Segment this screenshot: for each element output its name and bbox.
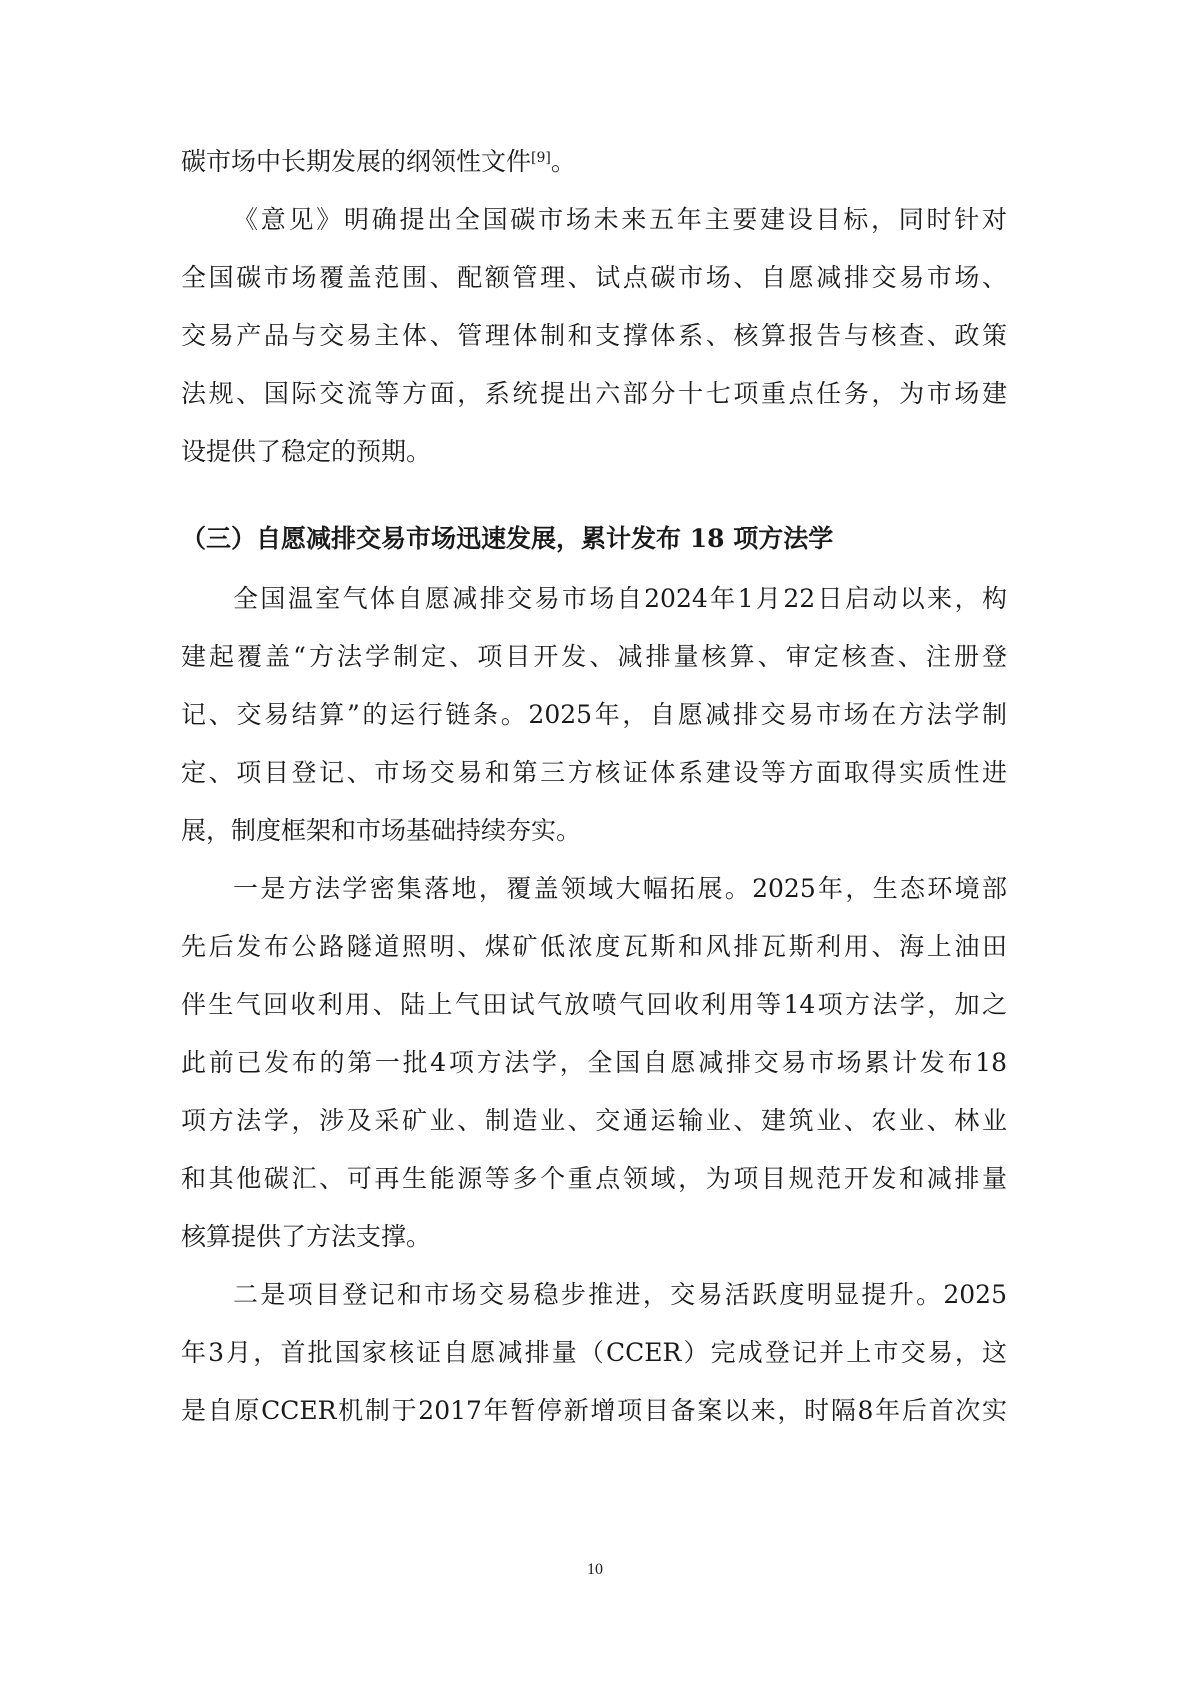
paragraph-line: 记、交易结算”的运行链条。2025年，自愿减排交易市场在方法学制 [181, 700, 1007, 730]
paragraph-line: 项方法学，涉及采矿业、制造业、交通运输业、建筑业、农业、林业 [181, 1106, 1007, 1136]
page-number: 10 [0, 1561, 1190, 1579]
paragraph-line: 核算提供了方法支撑。 [181, 1222, 1007, 1252]
paragraph-line: 《意见》明确提出全国碳市场未来五年主要建设目标，同时针对 [233, 205, 1007, 235]
paragraph-line: 定、项目登记、市场交易和第三方核证体系建设等方面取得实质性进 [181, 758, 1007, 788]
paragraph-line: 是自原CCER机制于2017年暂停新增项目备案以来，时隔8年后首次实 [181, 1396, 1007, 1426]
paragraph-line: 全国碳市场覆盖范围、配额管理、试点碳市场、自愿减排交易市场、 [181, 263, 1007, 293]
paragraph-line: 法规、国际交流等方面，系统提出六部分十七项重点任务，为市场建 [181, 379, 1007, 409]
paragraph-line: 先后发布公路隧道照明、煤矿低浓度瓦斯和风排瓦斯利用、海上油田 [181, 932, 1007, 962]
paragraph-line: 和其他碳汇、可再生能源等多个重点领域，为项目规范开发和减排量 [181, 1164, 1007, 1194]
paragraph-line: 二是项目登记和市场交易稳步推进，交易活跃度明显提升。2025 [233, 1280, 1007, 1310]
paragraph-line: 一是方法学密集落地，覆盖领域大幅拓展。2025年，生态环境部 [233, 874, 1007, 904]
paragraph-line: 设提供了稳定的预期。 [181, 437, 1007, 467]
paragraph-line: 此前已发布的第一批4项方法学，全国自愿减排交易市场累计发布18 [181, 1048, 1007, 1078]
paragraph-line: 建起覆盖“方法学制定、项目开发、减排量核算、审定核查、注册登 [181, 642, 1007, 672]
line-tail: 。 [551, 147, 576, 176]
paragraph-line: 年3月，首批国家核证自愿减排量（CCER）完成登记并上市交易，这 [181, 1338, 1007, 1368]
paragraph-line: 碳市场中长期发展的纲领性文件[9]。 [181, 147, 1007, 177]
paragraph-line: 交易产品与交易主体、管理体制和支撑体系、核算报告与核查、政策 [181, 321, 1007, 351]
line-text: 碳市场中长期发展的纲领性文件 [181, 147, 531, 176]
document-page: 碳市场中长期发展的纲领性文件[9]。 《意见》明确提出全国碳市场未来五年主要建设… [0, 0, 1190, 1683]
paragraph-line: 展，制度框架和市场基础持续夯实。 [181, 816, 1007, 846]
paragraph-line: 全国温室气体自愿减排交易市场自2024年1月22日启动以来，构 [233, 584, 1007, 614]
section-heading: （三）自愿减排交易市场迅速发展，累计发布 18 项方法学 [181, 524, 1007, 554]
citation-ref[interactable]: [9] [531, 150, 551, 166]
paragraph-line: 伴生气回收利用、陆上气田试气放喷气回收利用等14项方法学，加之 [181, 990, 1007, 1020]
